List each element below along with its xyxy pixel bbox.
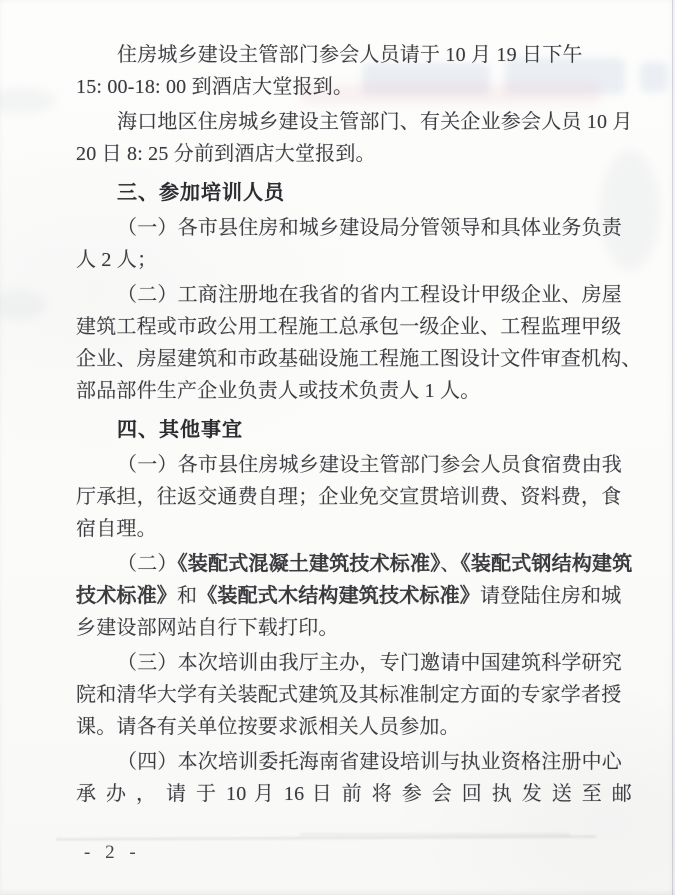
book-title-text: 技术标准》: [76, 585, 177, 607]
text-run: 请登陆住房和城: [480, 585, 621, 607]
scan-artifact: [0, 88, 56, 114]
text-line: 技术标准》和《装配式木结构建筑技术标准》请登陆住房和城: [76, 580, 632, 612]
text-line: 企业、房屋建筑和市政基础设施工程施工图设计文件审查机构、: [76, 343, 632, 375]
scan-artifact: [300, 833, 570, 836]
book-title-text: 《装配式钢结构建筑: [461, 553, 633, 575]
scan-artifact: [56, 836, 596, 841]
text-line: 宿自理。: [76, 513, 632, 545]
text-line: 承 办 ， 请 于 10 月 16 日 前 将 参 会 回 执 发 送 至 邮: [76, 778, 632, 810]
text-line: （四）本次培训委托海南省建设培训与执业资格注册中心: [76, 746, 632, 778]
text-line: 20 日 8: 25 分前到酒店大堂报到。: [76, 138, 632, 170]
text-line: （一）各市县住房城乡建设主管部门参会人员食宿费由我: [76, 449, 632, 481]
text-line: 人 2 人；: [76, 244, 632, 276]
page-number: - 2 -: [84, 842, 141, 864]
scan-artifact: [0, 290, 46, 320]
document-page: 住房城乡建设主管部门参会人员请于 10 月 19 日下午15: 00-18: 0…: [0, 0, 675, 895]
text-line: 海口地区住房城乡建设主管部门、有关企业参会人员 10 月: [76, 106, 632, 138]
text-line: （二）《装配式混凝土建筑技术标准》、《装配式钢结构建筑: [76, 548, 632, 580]
section-heading: 四、其他事宜: [76, 414, 632, 446]
section-heading: 三、参加培训人员: [76, 177, 632, 209]
text-run: 、: [440, 553, 460, 575]
text-line: （二）工商注册地在我省的省内工程设计甲级企业、房屋: [76, 279, 632, 311]
text-line: 建筑工程或市政公用工程施工总承包一级企业、工程监理甲级: [76, 311, 632, 343]
text-run: （二）: [117, 553, 178, 575]
text-line: （三）本次培训由我厅主办，专门邀请中国建筑科学研究: [76, 647, 632, 679]
scan-artifact: [640, 62, 668, 92]
scan-edge-line: [672, 0, 673, 895]
book-title-text: 《装配式混凝土建筑技术标准》: [178, 553, 441, 575]
text-line: 厅承担，往返交通费自理；企业免交宣贯培训费、资料费，食: [76, 481, 632, 513]
text-run: 和: [177, 585, 197, 607]
text-line: 课。请各有关单位按要求派相关人员参加。: [76, 711, 632, 743]
text-line: 院和清华大学有关装配式建筑及其标准制定方面的专家学者授: [76, 679, 632, 711]
text-line: 15: 00-18: 00 到酒店大堂报到。: [76, 71, 632, 103]
text-line: （一）各市县住房和城乡建设局分管领导和具体业务负责: [76, 212, 632, 244]
text-line: 部品部件生产企业负责人或技术负责人 1 人。: [76, 375, 632, 407]
text-line: 乡建设部网站自行下载打印。: [76, 612, 632, 644]
book-title-text: 《装配式木结构建筑技术标准》: [197, 585, 480, 607]
document-body: 住房城乡建设主管部门参会人员请于 10 月 19 日下午15: 00-18: 0…: [76, 39, 632, 810]
text-line: 住房城乡建设主管部门参会人员请于 10 月 19 日下午: [76, 39, 632, 71]
